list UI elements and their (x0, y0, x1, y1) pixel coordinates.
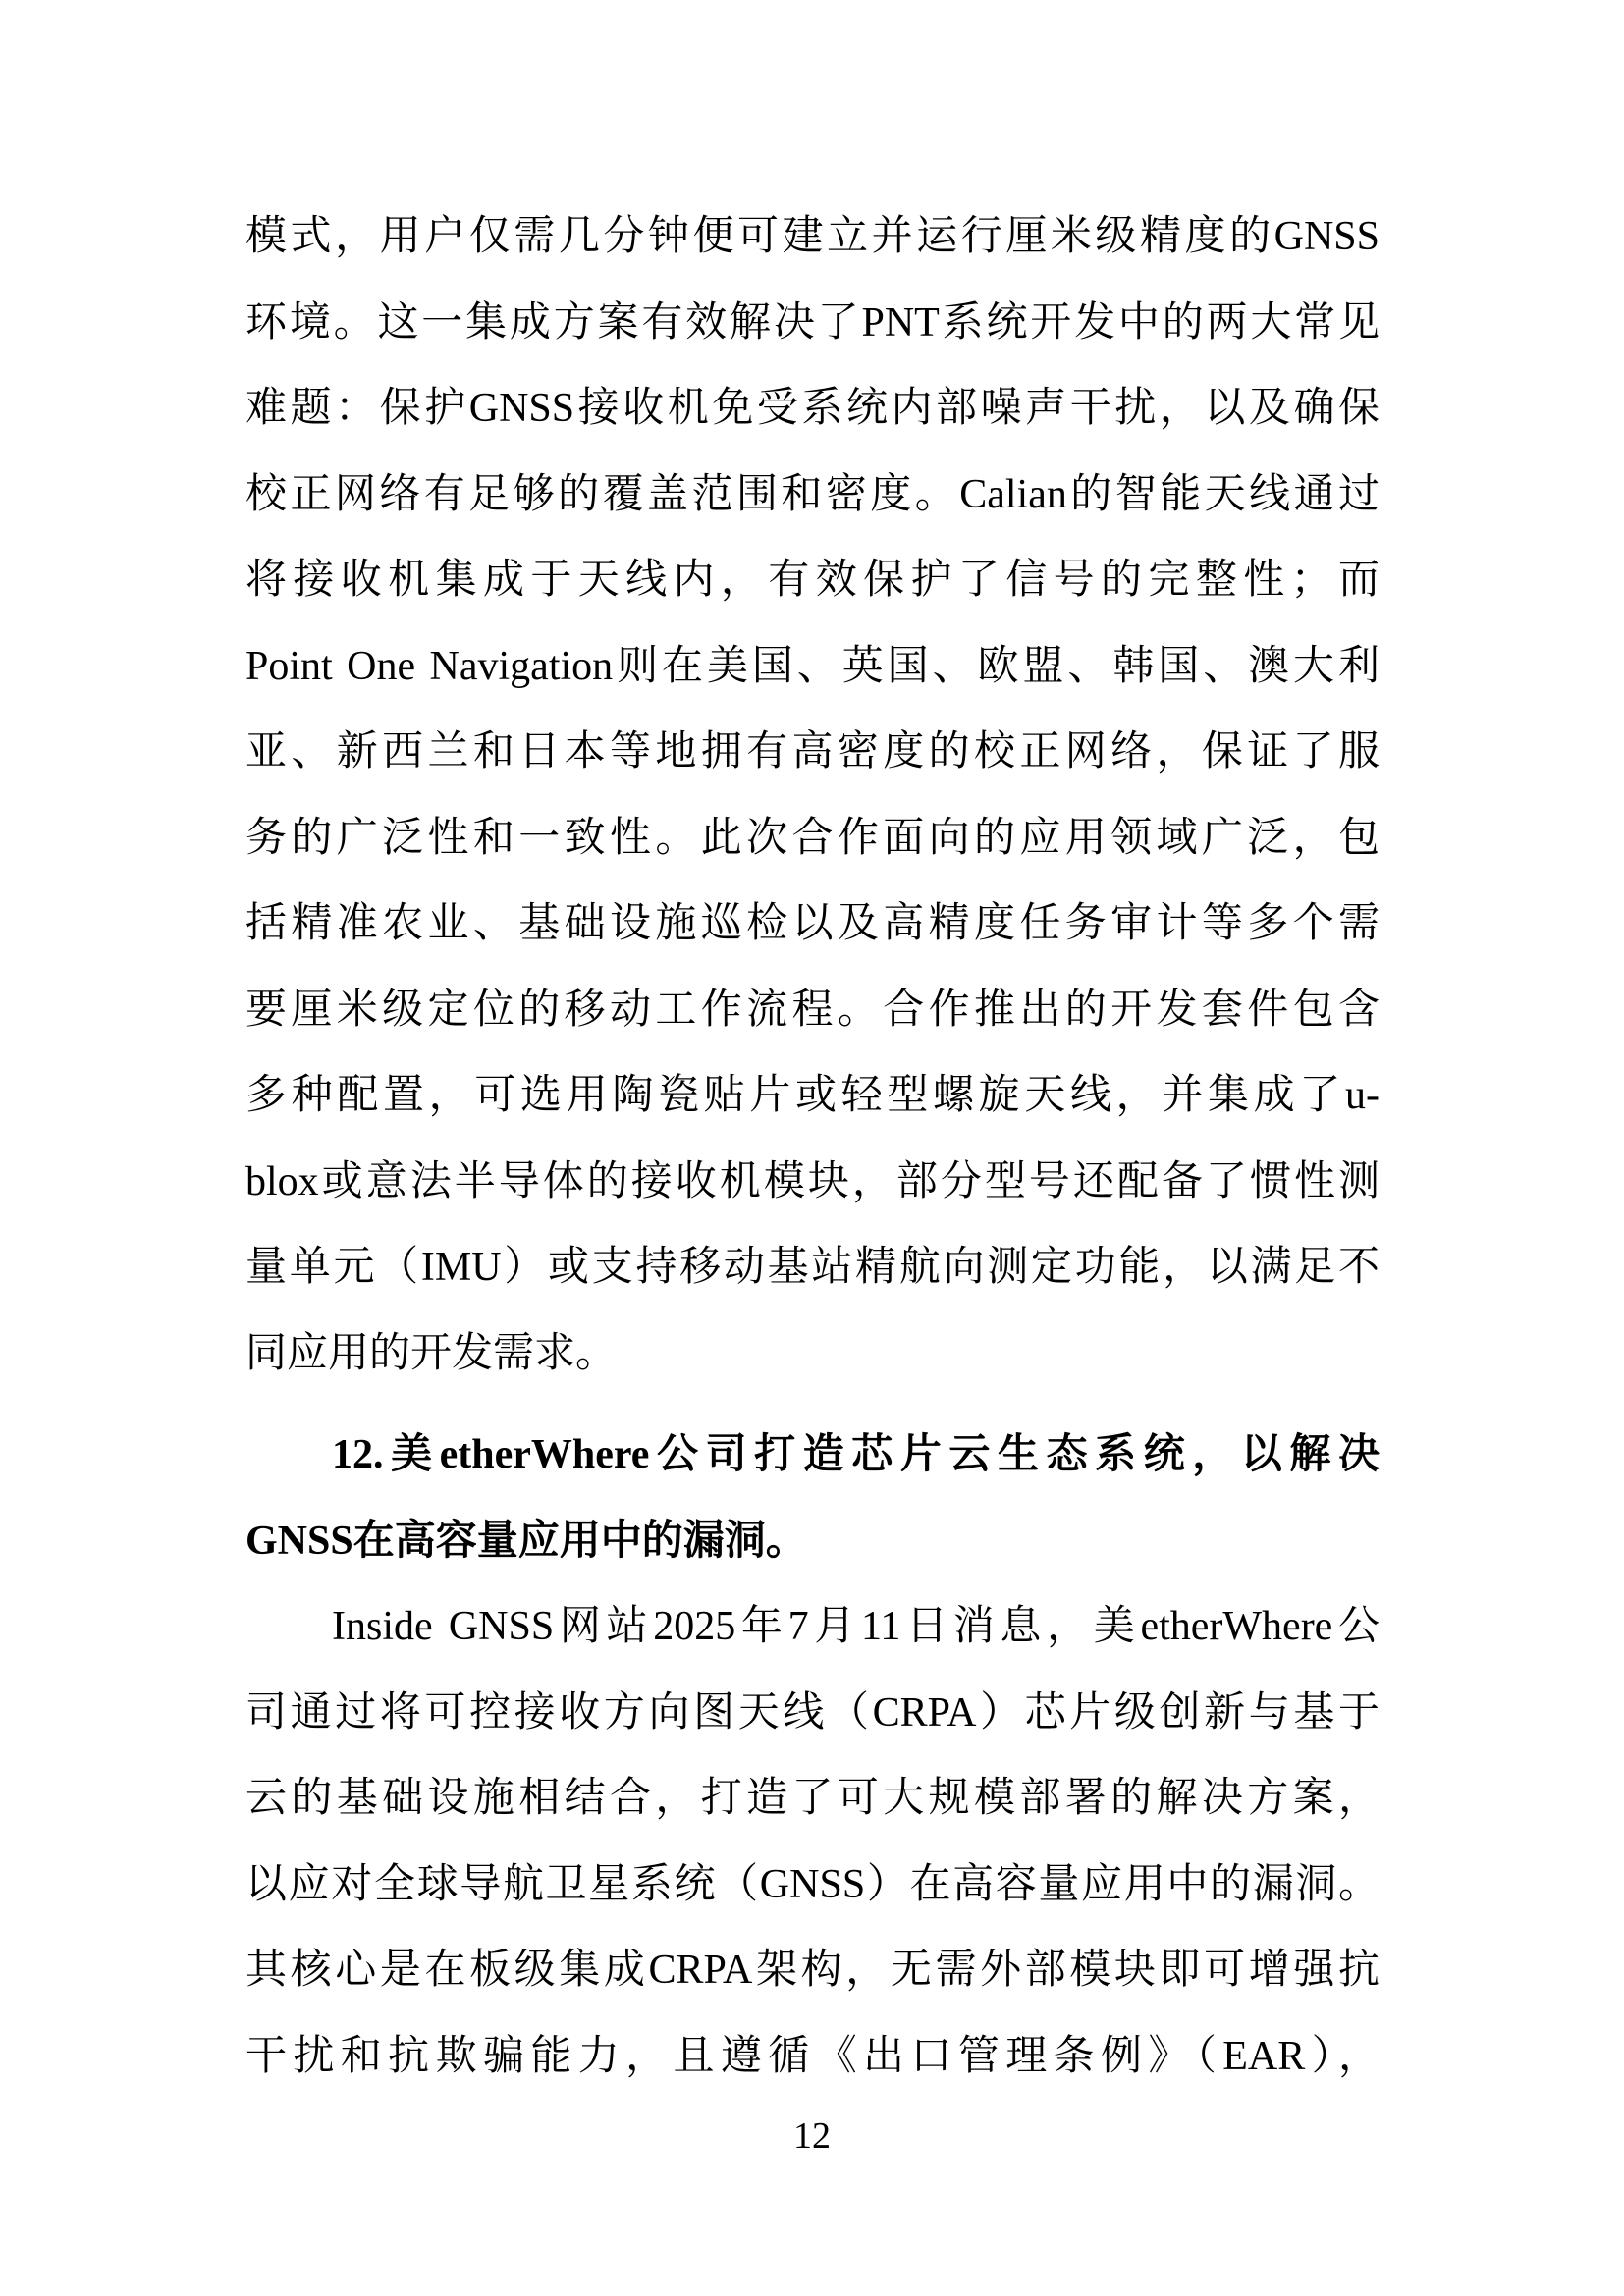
text-line: 将接收机集成于天线内，有效保护了信号的完整性；而 (245, 538, 1380, 624)
text-line: Inside GNSS网站2025年7月11日消息，美etherWhere公 (245, 1584, 1380, 1671)
page-footer: 12 (0, 2112, 1624, 2160)
text-line: 其核心是在板级集成CRPA架构，无需外部模块即可增强抗 (245, 1928, 1380, 2014)
section-heading-12: 12.美etherWhere公司打造芯片云生态系统，以解决GNSS在高容量应用中… (245, 1413, 1380, 1584)
text-line: 校正网络有足够的覆盖范围和密度。Calian的智能天线通过 (245, 453, 1380, 539)
text-line: 环境。这一集成方案有效解决了PNT系统开发中的两大常见 (245, 281, 1380, 367)
text-line: 量单元（IMU）或支持移动基站精航向测定功能，以满足不 (245, 1225, 1380, 1311)
text-line: 模式，用户仅需几分钟便可建立并运行厘米级精度的GNSS (245, 194, 1380, 281)
text-line: 以应对全球导航卫星系统（GNSS）在高容量应用中的漏洞。 (245, 1842, 1380, 1929)
text-line: 司通过将可控接收方向图天线（CRPA）芯片级创新与基于 (245, 1671, 1380, 1757)
text-line: 同应用的开发需求。 (245, 1311, 1380, 1398)
text-block: 模式，用户仅需几分钟便可建立并运行厘米级精度的GNSS环境。这一集成方案有效解决… (245, 194, 1380, 2100)
text-line: 12.美etherWhere公司打造芯片云生态系统，以解决 (245, 1413, 1380, 1499)
text-line: 括精准农业、基础设施巡检以及高精度任务审计等多个需 (245, 881, 1380, 968)
text-line: Point One Navigation则在美国、英国、欧盟、韩国、澳大利 (245, 624, 1380, 711)
document-page: 模式，用户仅需几分钟便可建立并运行厘米级精度的GNSS环境。这一集成方案有效解决… (0, 0, 1624, 2296)
text-line: GNSS在高容量应用中的漏洞。 (245, 1499, 1380, 1585)
text-line: 干扰和抗欺骗能力，且遵循《出口管理条例》（EAR）， (245, 2014, 1380, 2101)
text-line: blox或意法半导体的接收机模块，部分型号还配备了惯性测 (245, 1140, 1380, 1226)
text-line: 难题：保护GNSS接收机免受系统内部噪声干扰，以及确保 (245, 366, 1380, 453)
text-line: 多种配置，可选用陶瓷贴片或轻型螺旋天线，并集成了u- (245, 1053, 1380, 1140)
text-line: 亚、新西兰和日本等地拥有高密度的校正网络，保证了服 (245, 710, 1380, 796)
text-line: 云的基础设施相结合，打造了可大规模部署的解决方案， (245, 1756, 1380, 1842)
text-line: 务的广泛性和一致性。此次合作面向的应用领域广泛，包 (245, 796, 1380, 882)
text-line: 要厘米级定位的移动工作流程。合作推出的开发套件包含 (245, 968, 1380, 1054)
paragraph-continuation: 模式，用户仅需几分钟便可建立并运行厘米级精度的GNSS环境。这一集成方案有效解决… (245, 194, 1380, 1397)
page-number: 12 (793, 2115, 831, 2157)
paragraph-news-body: Inside GNSS网站2025年7月11日消息，美etherWhere公司通… (245, 1584, 1380, 2100)
